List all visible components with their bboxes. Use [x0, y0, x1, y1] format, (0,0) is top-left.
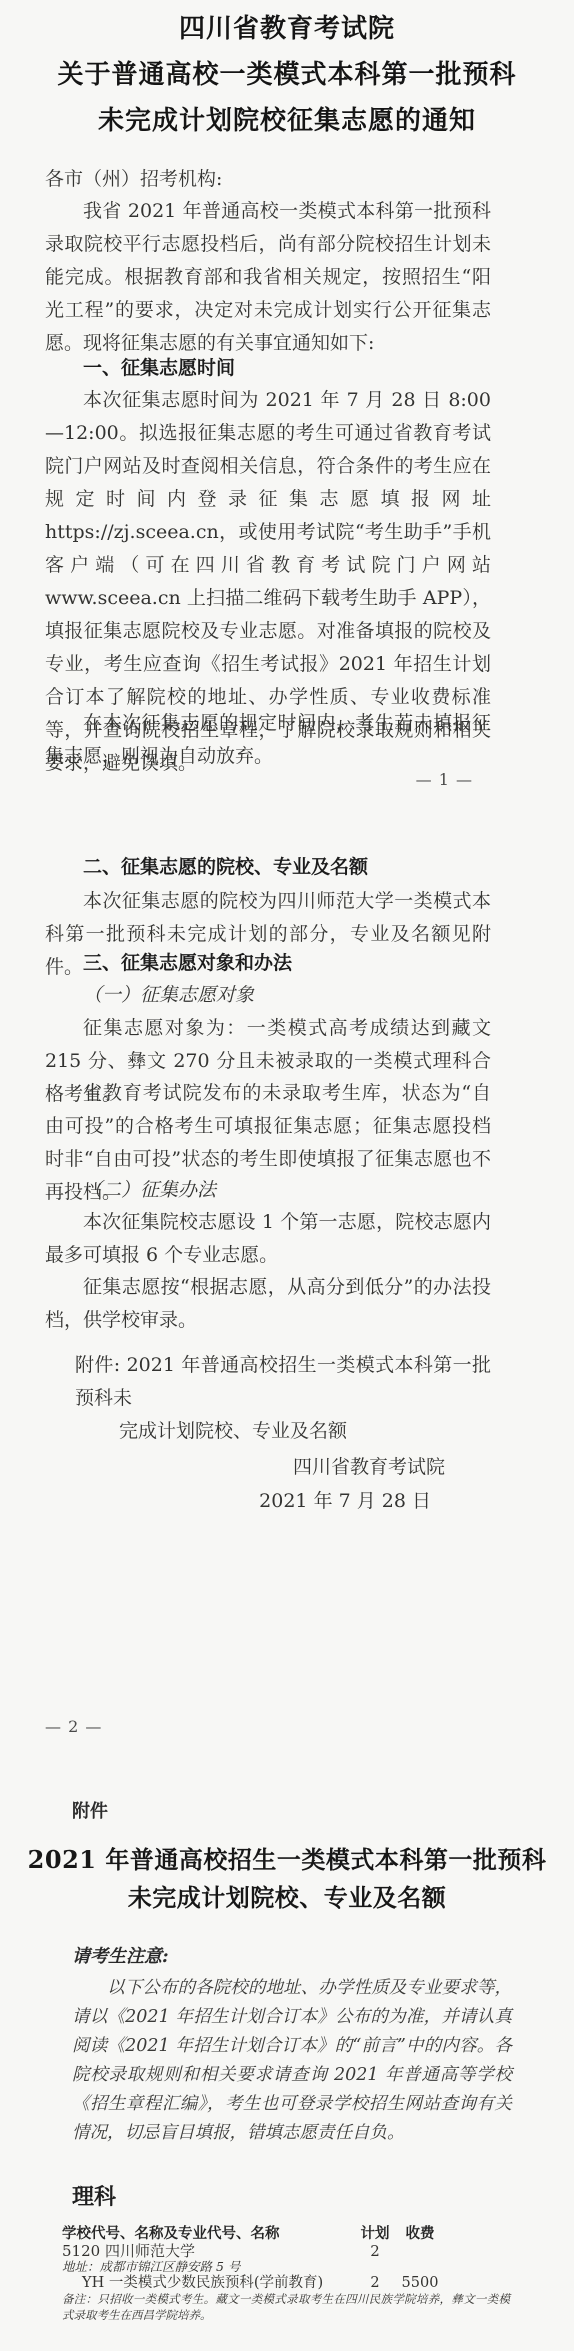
- attachment-label: 附件: [72, 1797, 108, 1823]
- major-fee: 5500: [398, 2275, 442, 2291]
- header-school-major: 学校代号、名称及专业代号、名称: [62, 2226, 352, 2243]
- school-plan-count: 2: [352, 2243, 398, 2259]
- attachment-reference: 附件: 2021 年普通高校招生一类模式本科第一批预科未 完成计划院校、专业及名…: [45, 1349, 491, 1448]
- intro-paragraph: 我省 2021 年普通高校一类模式本科第一批预科录取院校平行志愿投档后，尚有部分…: [45, 195, 491, 360]
- candidate-notice-body: 以下公布的各院校的地址、办学性质及专业要求等，请以《2021 年招生计划合订本》…: [72, 1974, 512, 2148]
- salutation: 各市（州）招考机构:: [45, 163, 491, 196]
- document-title-line-3: 未完成计划院校征集志愿的通知: [0, 98, 574, 144]
- table-row-major: YH 一类模式少数民族预科(学前教育) 2 5500: [62, 2275, 522, 2291]
- section3-sub2-paragraph-2: 征集志愿按“根据志愿，从高分到低分”的办法投档，供学校审录。: [45, 1271, 491, 1337]
- attachment-title: 2021 年普通高校招生一类模式本科第一批预科 未完成计划院校、专业及名额: [0, 1841, 574, 1917]
- section3-sub2-heading: （二）征集办法: [45, 1174, 491, 1207]
- attachment-title-line-1: 2021 年普通高校招生一类模式本科第一批预科: [0, 1841, 574, 1879]
- attachment-title-line-2: 未完成计划院校、专业及名额: [0, 1879, 574, 1917]
- document-title-line-1: 四川省教育考试院: [0, 6, 574, 52]
- plan-table: 学校代号、名称及专业代号、名称 计划 收费 5120 四川师范大学 2 地址：成…: [62, 2226, 522, 2323]
- section3-sub1-heading: （一）征集志愿对象: [45, 979, 491, 1012]
- candidate-notice-heading: 请考生注意:: [72, 1942, 169, 1968]
- header-fee: 收费: [398, 2226, 442, 2243]
- header-plan: 计划: [352, 2226, 398, 2243]
- school-fee: [398, 2243, 442, 2259]
- notice-document-page: 四川省教育考试院 关于普通高校一类模式本科第一批预科 未完成计划院校征集志愿的通…: [0, 0, 574, 2351]
- table-remarks: 备注：只招收一类模式考生。藏文一类模式录取考生在四川民族学院培养，彝文一类模式录…: [62, 2291, 510, 2323]
- issuer-signature: 四川省教育考试院: [293, 1452, 445, 1479]
- issue-date: 2021 年 7 月 28 日: [259, 1486, 431, 1513]
- document-title-line-2: 关于普通高校一类模式本科第一批预科: [0, 52, 574, 98]
- section3-heading: 三、征集志愿对象和办法: [45, 947, 491, 980]
- section1-heading: 一、征集志愿时间: [45, 352, 491, 385]
- attachment-reference-line-1: 附件: 2021 年普通高校招生一类模式本科第一批预科未: [75, 1349, 491, 1415]
- category-heading-science: 理科: [72, 2180, 116, 2211]
- page-number-1: — 1 —: [416, 770, 473, 789]
- section2-heading: 二、征集志愿的院校、专业及名额: [45, 851, 491, 884]
- section3-sub2-paragraph-1: 本次征集院校志愿设 1 个第一志愿，院校志愿内最多可填报 6 个专业志愿。: [45, 1206, 491, 1272]
- major-code-name: YH 一类模式少数民族预科(学前教育): [62, 2275, 352, 2291]
- school-code-name: 5120 四川师范大学: [62, 2243, 352, 2259]
- section1-paragraph-2: 在本次征集志愿的规定时间内，考生若未填报征集志愿，则视为自动放弃。: [45, 707, 491, 773]
- page-number-2: — 2 —: [45, 1717, 102, 1736]
- school-address: 地址：成都市锦江区静安路 5 号: [62, 2259, 522, 2275]
- attachment-reference-line-2: 完成计划院校、专业及名额: [119, 1415, 491, 1448]
- major-plan-count: 2: [352, 2275, 398, 2291]
- plan-table-header-row: 学校代号、名称及专业代号、名称 计划 收费: [62, 2226, 522, 2243]
- document-title: 四川省教育考试院 关于普通高校一类模式本科第一批预科 未完成计划院校征集志愿的通…: [0, 6, 574, 144]
- table-row-school: 5120 四川师范大学 2: [62, 2243, 522, 2259]
